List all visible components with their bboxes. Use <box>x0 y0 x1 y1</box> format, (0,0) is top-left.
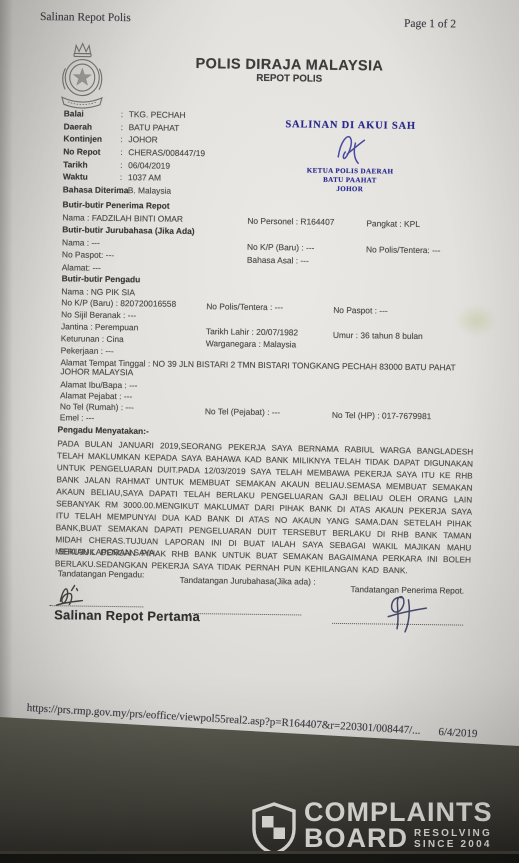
field-umur: Umur : 36 tahun 8 bulan <box>333 330 423 342</box>
brand-name-line1: COMPLAINTS <box>304 800 493 825</box>
report-content: Salinan Repot Polis Page 1 of 2 <box>0 0 519 756</box>
field-alamat-tinggal-line2: JOHOR MALAYSIA <box>60 366 133 378</box>
ink-smudge <box>454 303 498 338</box>
field-emel: Emel : --- <box>60 412 95 423</box>
section-jurubahasa: Butir-butir Jurubahasa (Jika Ada) Nama :… <box>62 224 513 280</box>
report-info-block: Balai:TKG. PECHAH Daerah:BATU PAHAT Kont… <box>63 108 206 199</box>
print-header-page-number: Page 1 of 2 <box>404 19 456 31</box>
copy-note: Salinan Repot Pertama <box>54 609 200 622</box>
footer-url: https://prs.rmp.gov.my/prs/eoffice/viewp… <box>26 702 420 737</box>
stamp-line4: JOHOR <box>270 183 430 196</box>
field-alamat-jurubahasa: Alamat: --- <box>62 262 101 274</box>
field-no-polis-pengadu: No Polis/Tentera : --- <box>206 301 283 313</box>
section-title: Butir-butir Pengadu <box>62 273 141 285</box>
footer-date: 6/4/2019 <box>438 726 478 740</box>
report-type-title: REPOT POLIS <box>119 71 459 86</box>
print-header-title: Salinan Repot Polis <box>40 12 131 24</box>
field-pekerjaan: Pekerjaan : --- <box>61 345 114 357</box>
section-title: Butir-butir Jurubahasa (Jika Ada) <box>62 224 194 237</box>
info-row-bahasa: Bahasa Diterima:B. Malaysia <box>63 184 205 199</box>
label-tandatangan-jurubahasa: Tandatangan Jurubahasa(Jika ada) : <box>180 575 316 588</box>
field-no-kp-jurubahasa: No K/P (Baru) : --- <box>247 242 314 254</box>
field-no-polis-jurubahasa: No Polis/Tentera: --- <box>366 244 441 256</box>
brand-tagline-line1: RESOLVING <box>414 828 492 839</box>
photo-bottom-border <box>0 854 519 863</box>
section-title: Butir-butir Penerima Repot <box>63 199 170 211</box>
jurubahasa-signature-line <box>189 612 301 615</box>
masthead: POLIS DIRAJA MALAYSIA REPOT POLIS <box>119 58 459 86</box>
brand-name-line2: BOARD <box>304 825 408 851</box>
certification-stamp: SALINAN DI AKUI SAH KETUA POLIS DAERAH B… <box>271 119 431 132</box>
field-nama-penerima: Nama : FADZILAH BINTI OMAR <box>62 212 183 225</box>
brand-tagline-line2: SINCE 2004 <box>414 839 492 850</box>
field-no-sijil: No Sijil Beranak : --- <box>61 309 136 321</box>
field-keturunan: Keturunan : Cina <box>61 333 124 345</box>
field-no-paspot-pengadu: No Paspot : --- <box>333 305 388 317</box>
field-warganegara: Warganegara : Malaysia <box>206 338 297 350</box>
footer-url-line: https://prs.rmp.gov.my/prs/eoffice/viewp… <box>26 703 477 740</box>
statement-closing: SEKIAN LAPORAN SAYA. <box>58 546 157 558</box>
section-pengadu: Butir-butir Pengadu Nama : NG PIK SIA No… <box>60 273 512 431</box>
field-bahasa-asal: Bahasa Asal : --- <box>247 255 309 267</box>
field-no-paspot-jurubahasa: No Paspot: --- <box>62 249 114 261</box>
field-nama-jurubahasa: Nama : --- <box>62 237 100 248</box>
label-tandatangan-pengadu: Tandatangan Pengadu: <box>58 568 145 580</box>
field-jantina: Jantina : Perempuan <box>61 321 138 333</box>
field-tarikh-lahir: Tarikh Lahir : 20/07/1982 <box>206 326 298 338</box>
field-tel-hp: No Tel (HP) : 017-7679981 <box>332 410 432 422</box>
field-no-kp-pengadu: No K/P (Baru) : 820720016558 <box>61 297 176 310</box>
photo-of-police-report: Salinan Repot Polis Page 1 of 2 <box>0 0 519 863</box>
stamp-signature <box>332 130 375 170</box>
penerima-signature <box>382 593 435 639</box>
field-tel-pejabat: No Tel (Pejabat) : --- <box>205 406 280 418</box>
paper-sheet: Salinan Repot Polis Page 1 of 2 <box>0 0 519 750</box>
